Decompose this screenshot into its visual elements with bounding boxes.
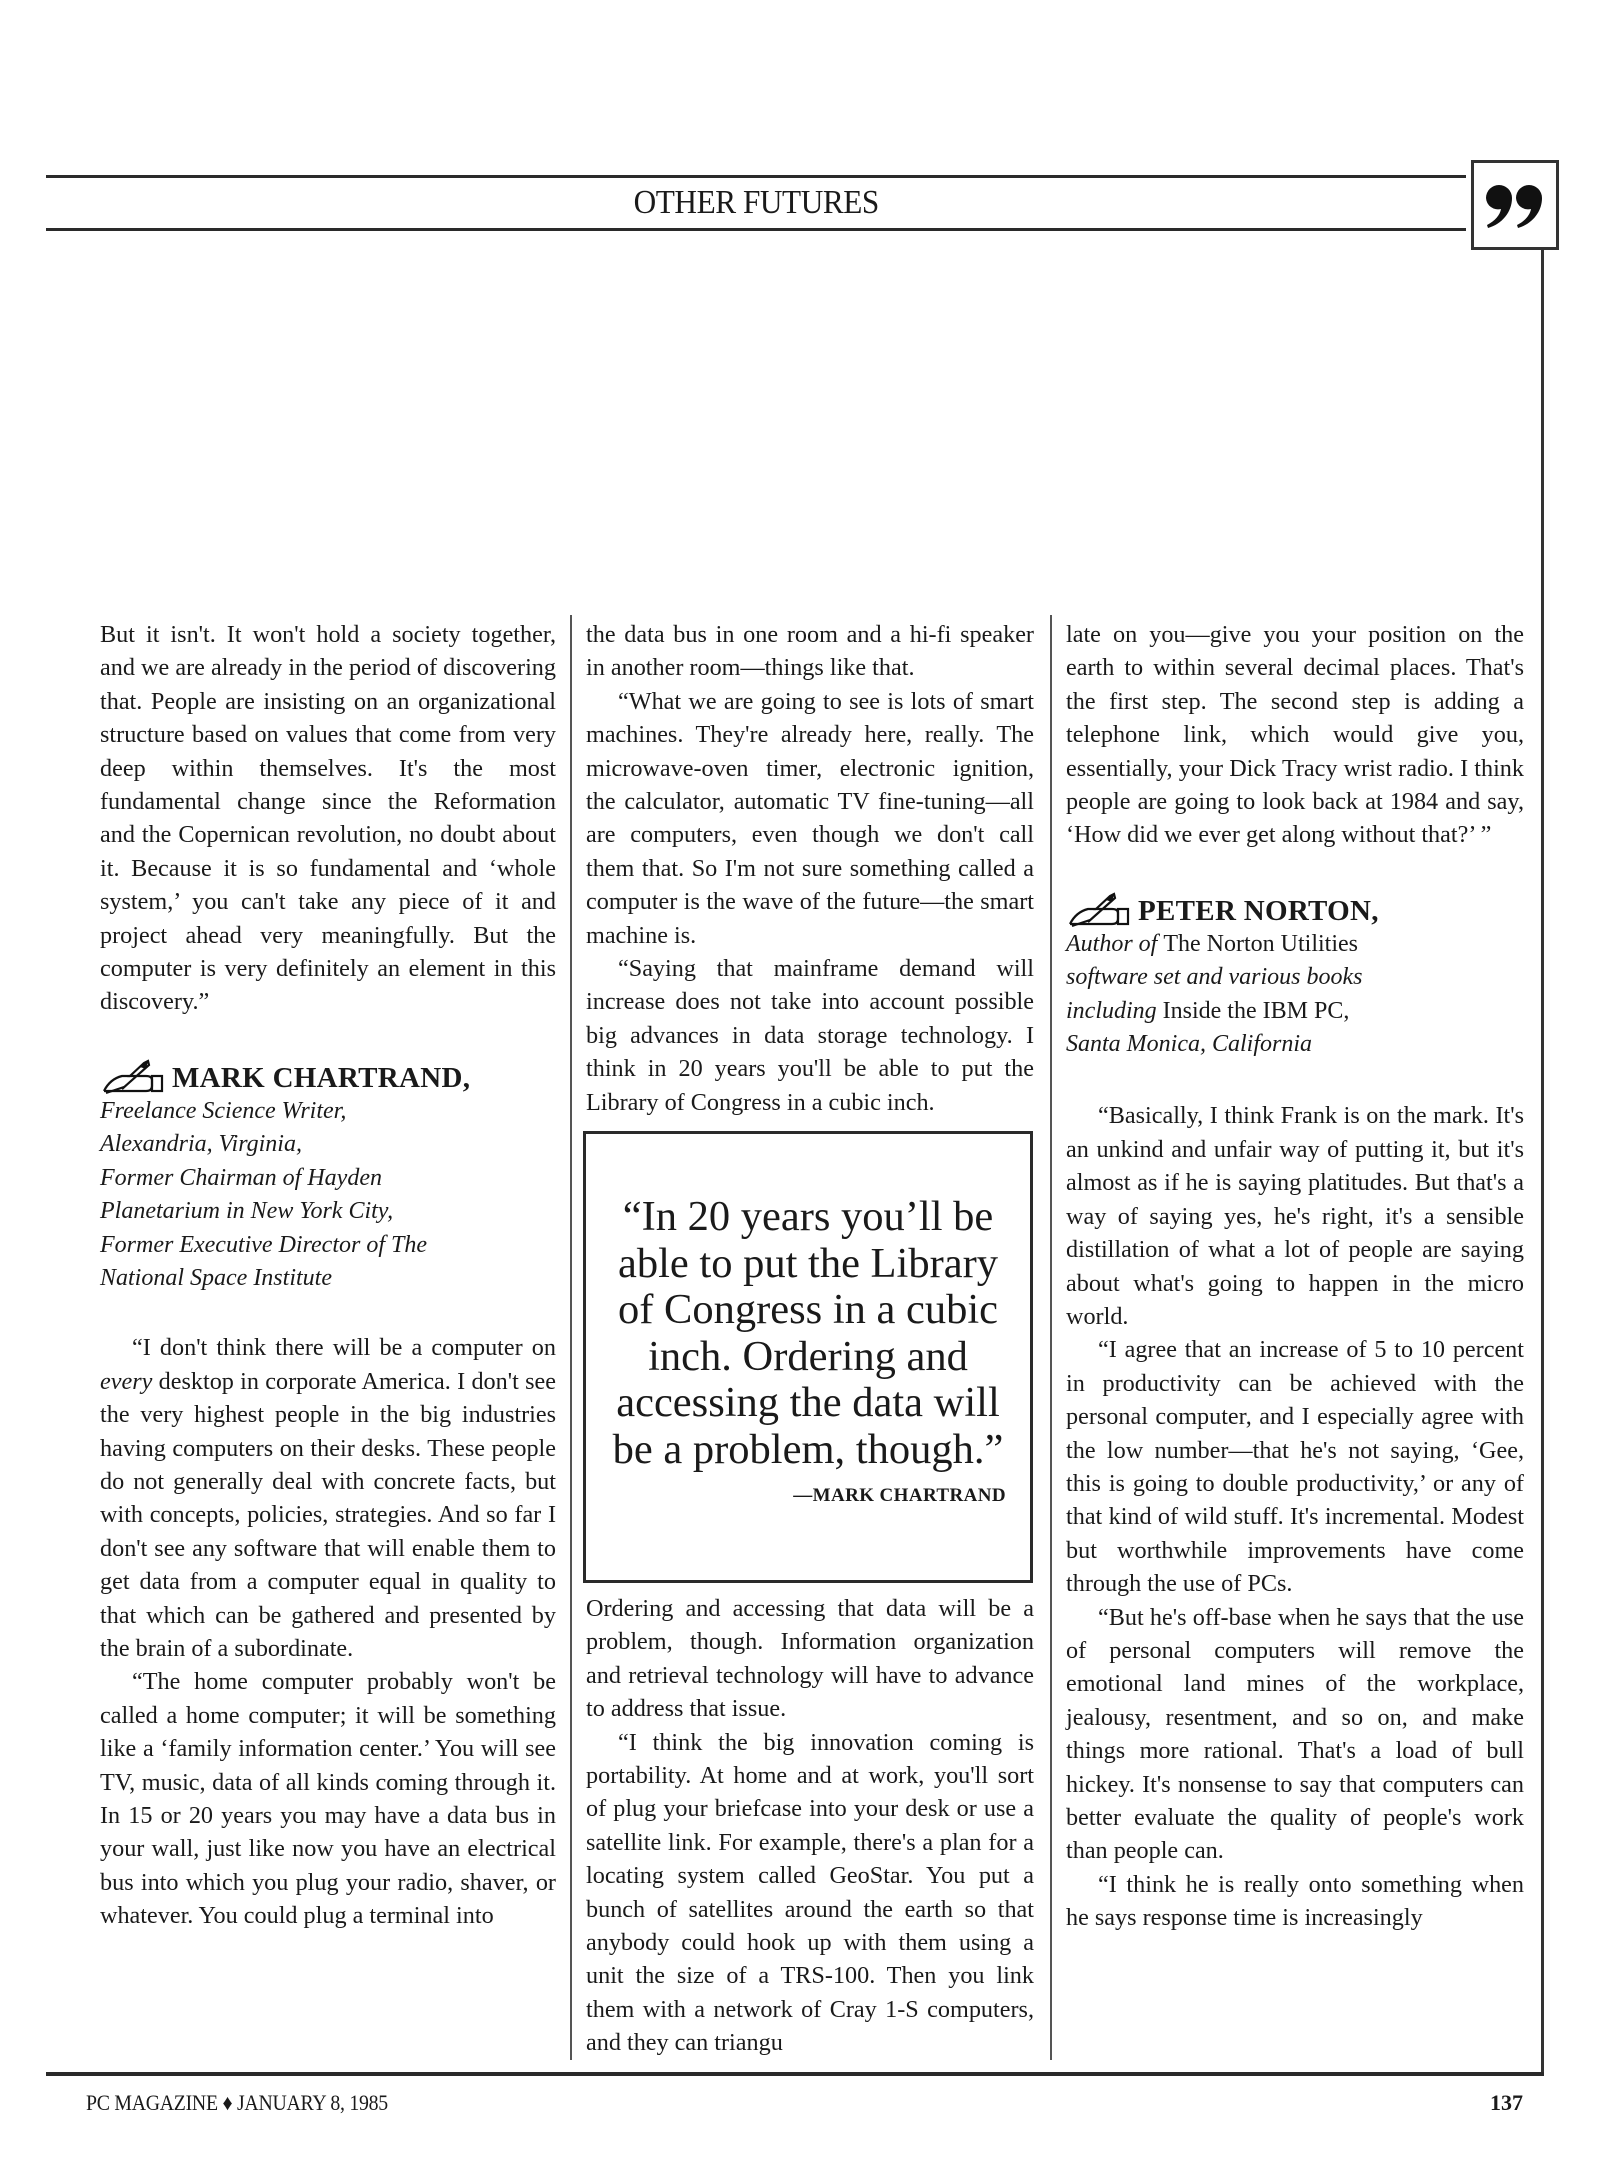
pull-quote-attribution: —MARK CHARTRAND bbox=[604, 1485, 1012, 1507]
pull-quote-text: “In 20 years you’ll be able to put the L… bbox=[604, 1194, 1012, 1473]
page-number: 137 bbox=[1490, 2090, 1523, 2116]
closing-quote-icon bbox=[1482, 178, 1548, 232]
byline-detail: National Space Institute bbox=[100, 1262, 556, 1295]
paragraph: “Saying that mainframe demand will incre… bbox=[586, 952, 1034, 1119]
paragraph: “I think the big innovation coming is po… bbox=[586, 1726, 1034, 2060]
paragraph: “I agree that an increase of 5 to 10 per… bbox=[1066, 1333, 1524, 1600]
right-border-rule bbox=[1541, 250, 1544, 2074]
byline-detail: Santa Monica, California bbox=[1066, 1028, 1524, 1061]
byline-name: PETER NORTON, bbox=[1066, 892, 1524, 928]
byline-detail: software set and various books bbox=[1066, 961, 1524, 994]
paragraph: “Basically, I think Frank is on the mark… bbox=[1066, 1099, 1524, 1333]
footer-publication: PC MAGAZINE ♦ JANUARY 8, 1985 bbox=[86, 2090, 388, 2116]
article-column-3: late on you—give you your position on th… bbox=[1066, 618, 1524, 1935]
article-column-2: the data bus in one room and a hi-fi spe… bbox=[586, 618, 1034, 1119]
byline-detail: Author of The Norton Utilities bbox=[1066, 928, 1524, 961]
paragraph: late on you—give you your position on th… bbox=[1066, 618, 1524, 852]
byline-detail: Alexandria, Virginia, bbox=[100, 1128, 556, 1161]
column-divider bbox=[1050, 615, 1052, 2060]
paragraph: Ordering and accessing that data will be… bbox=[586, 1592, 1034, 1726]
column-divider bbox=[570, 615, 572, 2060]
byline-mark-chartrand: MARK CHARTRAND, Freelance Science Writer… bbox=[100, 1059, 556, 1295]
paragraph: “I think he is really onto something whe… bbox=[1066, 1868, 1524, 1935]
byline-detail: Planetarium in New York City, bbox=[100, 1195, 556, 1228]
footer-rule bbox=[46, 2072, 1544, 2076]
byline-detail: Former Chairman of Hayden bbox=[100, 1162, 556, 1195]
pen-hand-icon bbox=[1066, 892, 1136, 928]
byline-name: MARK CHARTRAND, bbox=[100, 1059, 556, 1095]
pull-quote: “In 20 years you’ll be able to put the L… bbox=[583, 1131, 1033, 1583]
byline-detail: Former Executive Director of The bbox=[100, 1229, 556, 1262]
pen-hand-icon bbox=[100, 1059, 170, 1095]
emphasis: every bbox=[100, 1368, 152, 1395]
article-column-2-continued: Ordering and accessing that data will be… bbox=[586, 1592, 1034, 2060]
paragraph: But it isn't. It won't hold a society to… bbox=[100, 618, 556, 1019]
paragraph: “What we are going to see is lots of sma… bbox=[586, 685, 1034, 952]
paragraph: “But he's off-base when he says that the… bbox=[1066, 1601, 1524, 1868]
section-title: OTHER FUTURES bbox=[633, 178, 878, 228]
article-column-1: But it isn't. It won't hold a society to… bbox=[100, 618, 556, 1933]
paragraph: the data bus in one room and a hi-fi spe… bbox=[586, 618, 1034, 685]
paragraph: “I don't think there will be a computer … bbox=[100, 1331, 556, 1665]
paragraph: “The home computer probably won't be cal… bbox=[100, 1665, 556, 1932]
byline-peter-norton: PETER NORTON, Author of The Norton Utili… bbox=[1066, 892, 1524, 1062]
quote-badge bbox=[1471, 160, 1559, 250]
byline-detail: Freelance Science Writer, bbox=[100, 1095, 556, 1128]
section-header: OTHER FUTURES bbox=[46, 175, 1466, 231]
byline-detail: including Inside the IBM PC, bbox=[1066, 995, 1524, 1028]
